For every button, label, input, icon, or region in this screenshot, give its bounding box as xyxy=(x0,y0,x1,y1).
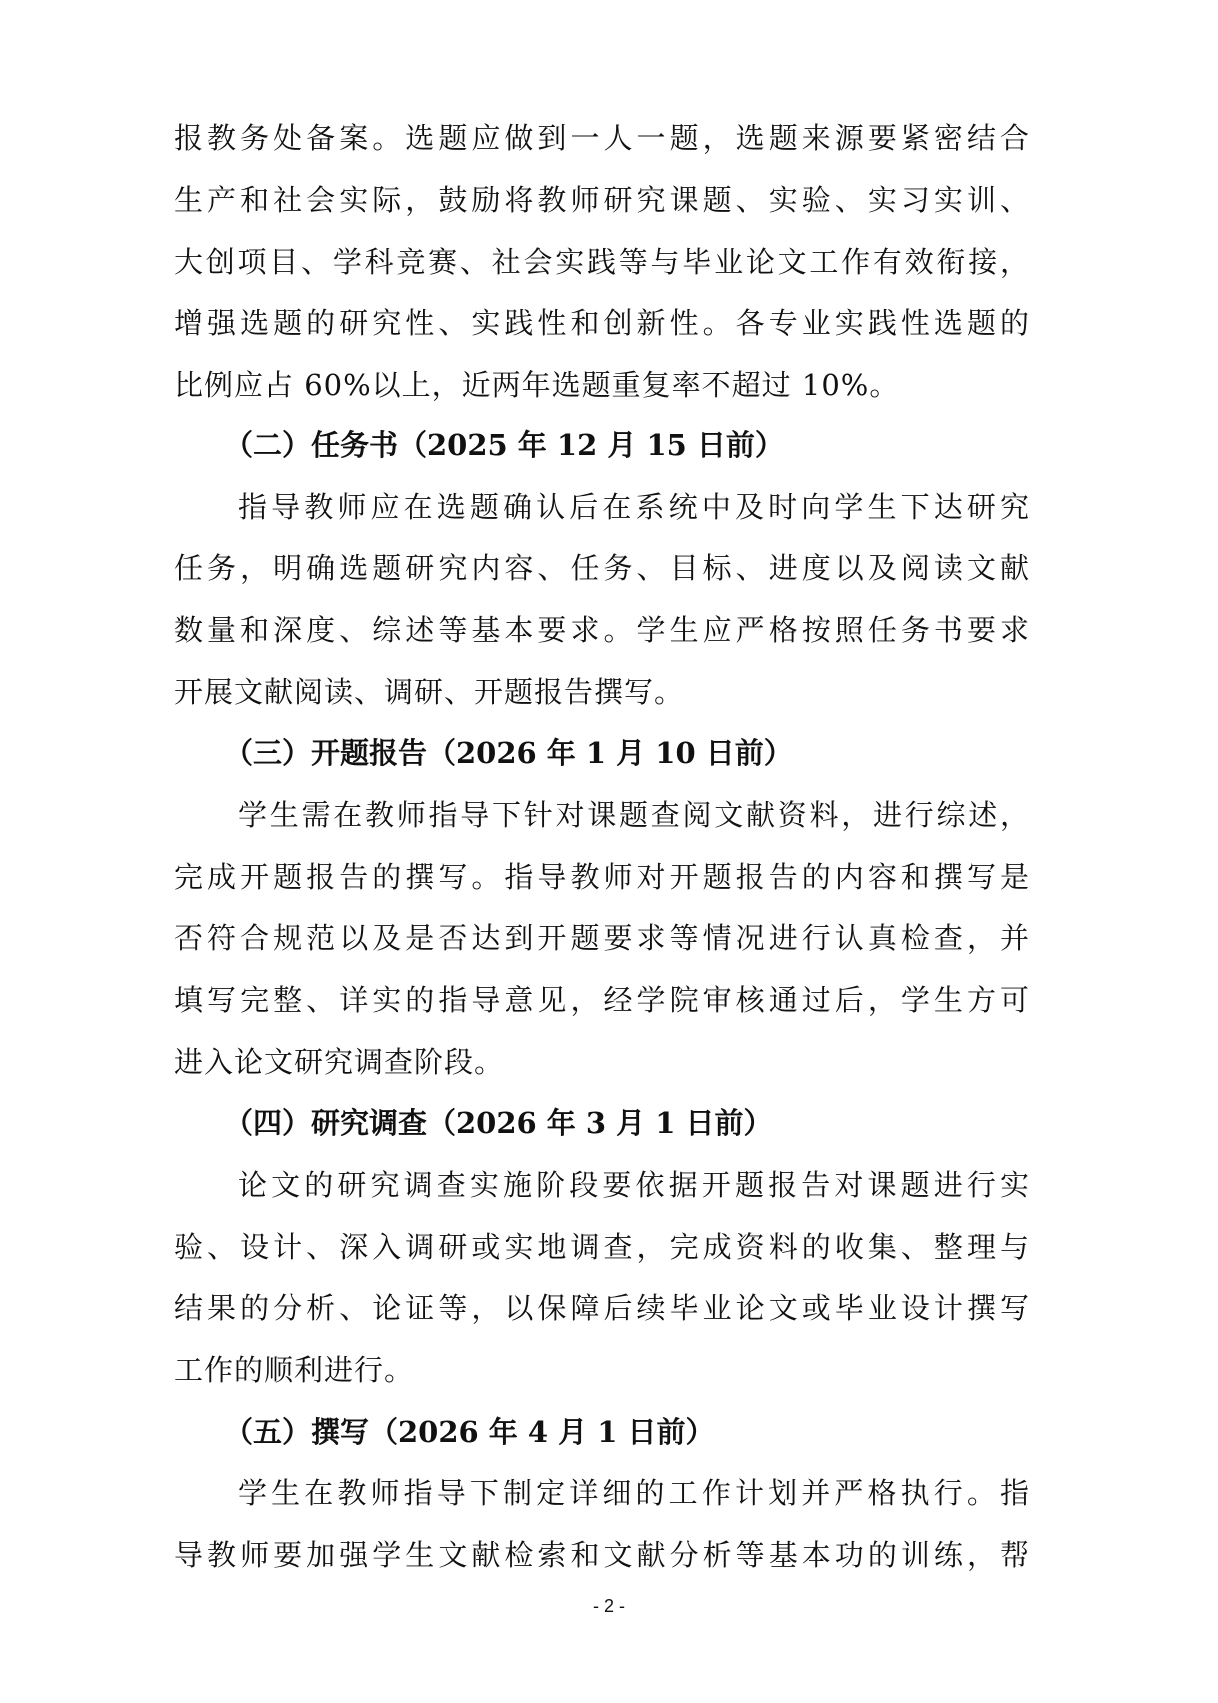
paragraph-line: 学生在教师指导下制定详细的工作计划并严格执行。指 xyxy=(238,1473,1030,1513)
section-heading-proposal: （三）开题报告（2026 年 1 月 10 日前） xyxy=(224,733,793,773)
paragraph-line: 生产和社会实际，鼓励将教师研究课题、实验、实习实训、 xyxy=(174,180,1030,220)
paragraph-line: 任务，明确选题研究内容、任务、目标、进度以及阅读文献 xyxy=(174,548,1030,588)
paragraph-line: 工作的顺利进行。 xyxy=(174,1350,1030,1390)
paragraph-line: 报教务处备案。选题应做到一人一题，选题来源要紧密结合 xyxy=(174,118,1030,158)
page-number: - 2 - xyxy=(0,1596,1218,1617)
section-heading-research: （四）研究调查（2026 年 3 月 1 日前） xyxy=(224,1103,773,1143)
paragraph-line: 填写完整、详实的指导意见，经学院审核通过后，学生方可 xyxy=(174,980,1030,1020)
section-heading-task-book: （二）任务书（2025 年 12 月 15 日前） xyxy=(224,425,784,465)
paragraph-line: 导教师要加强学生文献检索和文献分析等基本功的训练，帮 xyxy=(174,1535,1030,1575)
paragraph-line: 开展文献阅读、调研、开题报告撰写。 xyxy=(174,672,1030,712)
paragraph-line: 否符合规范以及是否达到开题要求等情况进行认真检查，并 xyxy=(174,918,1030,958)
section-heading-writing: （五）撰写（2026 年 4 月 1 日前） xyxy=(224,1412,715,1452)
paragraph-line: 论文的研究调查实施阶段要依据开题报告对课题进行实 xyxy=(238,1165,1030,1205)
paragraph-line: 比例应占 60%以上，近两年选题重复率不超过 10%。 xyxy=(174,365,1030,405)
paragraph-line: 指导教师应在选题确认后在系统中及时向学生下达研究 xyxy=(238,487,1030,527)
paragraph-line: 验、设计、深入调研或实地调查，完成资料的收集、整理与 xyxy=(174,1227,1030,1267)
paragraph-line: 完成开题报告的撰写。指导教师对开题报告的内容和撰写是 xyxy=(174,857,1030,897)
paragraph-line: 数量和深度、综述等基本要求。学生应严格按照任务书要求 xyxy=(174,610,1030,650)
paragraph-line: 结果的分析、论证等，以保障后续毕业论文或毕业设计撰写 xyxy=(174,1288,1030,1328)
paragraph-line: 进入论文研究调查阶段。 xyxy=(174,1042,1030,1082)
paragraph-line: 增强选题的研究性、实践性和创新性。各专业实践性选题的 xyxy=(174,303,1030,343)
paragraph-line: 学生需在教师指导下针对课题查阅文献资料，进行综述， xyxy=(238,795,1030,835)
document-page: 报教务处备案。选题应做到一人一题，选题来源要紧密结合 生产和社会实际，鼓励将教师… xyxy=(0,0,1218,1703)
paragraph-line: 大创项目、学科竞赛、社会实践等与毕业论文工作有效衔接， xyxy=(174,242,1030,282)
